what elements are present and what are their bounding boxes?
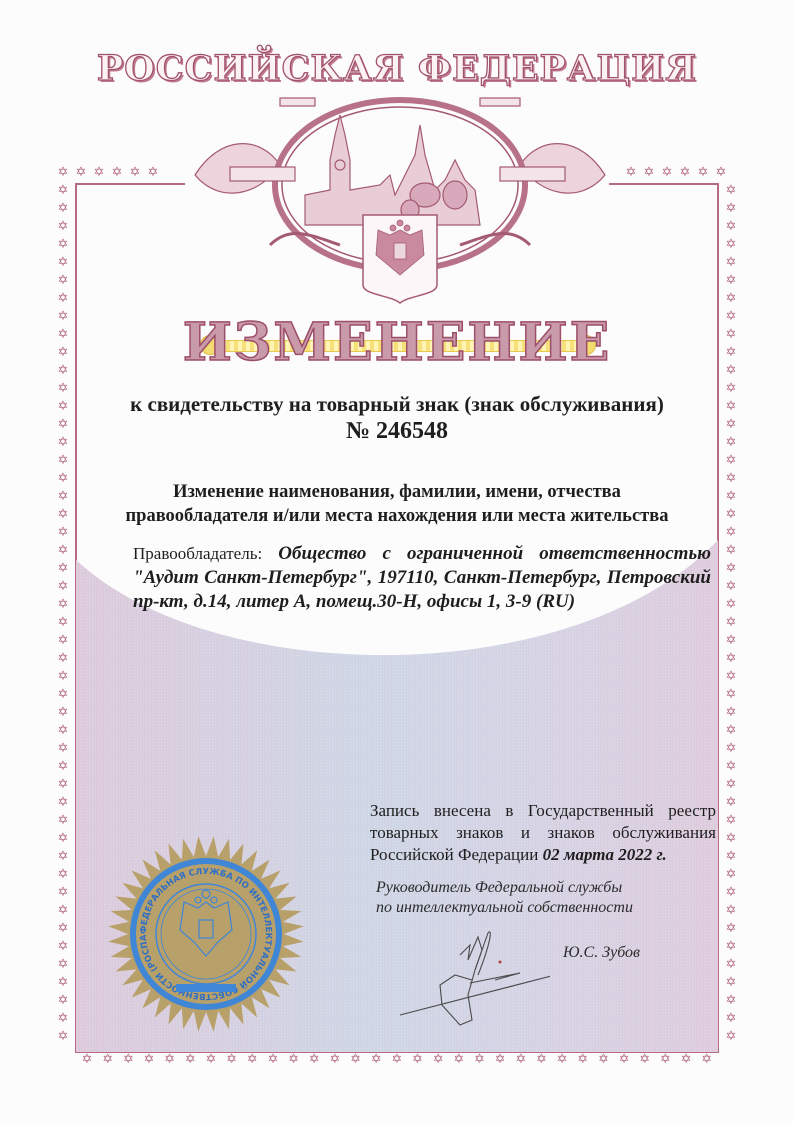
star-ornament-icon: ✡ xyxy=(724,562,738,576)
star-ornament-icon: ✡ xyxy=(56,922,70,936)
star-ornament-icon: ✡ xyxy=(287,1053,301,1067)
star-ornament-icon: ✡ xyxy=(56,994,70,1008)
star-ornament-icon: ✡ xyxy=(493,1053,507,1067)
star-ornament-icon: ✡ xyxy=(534,1053,548,1067)
star-ornament-icon: ✡ xyxy=(724,976,738,990)
star-ornament-icon: ✡ xyxy=(56,580,70,594)
star-ornament-icon: ✡ xyxy=(617,1053,631,1067)
frame-line-top-left xyxy=(75,183,185,185)
star-ornament-icon: ✡ xyxy=(624,166,638,180)
star-ornament-icon: ✡ xyxy=(658,1053,672,1067)
star-ornament-icon: ✡ xyxy=(183,1053,197,1067)
star-ornament-icon: ✡ xyxy=(56,598,70,612)
star-ornament-icon: ✡ xyxy=(101,1053,115,1067)
star-ornament-icon: ✡ xyxy=(121,1053,135,1067)
rights-holder: Правообладатель: Общество с ограниченной… xyxy=(133,542,711,614)
ornament-border-bottom: ✡✡✡✡✡✡✡✡✡✡✡✡✡✡✡✡✡✡✡✡✡✡✡✡✡✡✡✡✡✡✡ xyxy=(80,1053,714,1067)
star-ornament-icon: ✡ xyxy=(679,1053,693,1067)
change-type-line1: Изменение наименования, фамилии, имени, … xyxy=(110,480,684,504)
star-ornament-icon: ✡ xyxy=(724,922,738,936)
star-ornament-icon: ✡ xyxy=(724,994,738,1008)
star-ornament-icon: ✡ xyxy=(696,166,710,180)
star-ornament-icon: ✡ xyxy=(56,796,70,810)
star-ornament-icon: ✡ xyxy=(204,1053,218,1067)
star-ornament-icon: ✡ xyxy=(638,1053,652,1067)
star-ornament-icon: ✡ xyxy=(266,1053,280,1067)
star-ornament-icon: ✡ xyxy=(56,904,70,918)
star-ornament-icon: ✡ xyxy=(724,292,738,306)
document-subtitle: к свидетельству на товарный знак (знак о… xyxy=(0,392,794,417)
star-ornament-icon: ✡ xyxy=(724,544,738,558)
star-ornament-icon: ✡ xyxy=(56,562,70,576)
star-ornament-icon: ✡ xyxy=(245,1053,259,1067)
star-ornament-icon: ✡ xyxy=(555,1053,569,1067)
star-ornament-icon: ✡ xyxy=(724,688,738,702)
country-heading: РОССИЙСКАЯ ФЕДЕРАЦИЯ xyxy=(0,48,794,89)
signature-icon xyxy=(360,925,550,1035)
star-ornament-icon: ✡ xyxy=(514,1053,528,1067)
star-ornament-icon: ✡ xyxy=(724,202,738,216)
star-ornament-icon: ✡ xyxy=(452,1053,466,1067)
star-ornament-icon: ✡ xyxy=(390,1053,404,1067)
star-ornament-icon: ✡ xyxy=(724,616,738,630)
star-ornament-icon: ✡ xyxy=(56,238,70,252)
star-ornament-icon: ✡ xyxy=(56,688,70,702)
star-ornament-icon: ✡ xyxy=(56,634,70,648)
star-ornament-icon: ✡ xyxy=(642,166,656,180)
star-ornament-icon: ✡ xyxy=(146,166,160,180)
star-ornament-icon: ✡ xyxy=(724,850,738,864)
star-ornament-icon: ✡ xyxy=(56,958,70,972)
frame-line-top-right xyxy=(609,183,719,185)
star-ornament-icon: ✡ xyxy=(724,814,738,828)
star-ornament-icon: ✡ xyxy=(724,940,738,954)
star-ornament-icon: ✡ xyxy=(56,202,70,216)
star-ornament-icon: ✡ xyxy=(724,634,738,648)
star-ornament-icon: ✡ xyxy=(724,724,738,738)
official-position-line1: Руководитель Федеральной службы xyxy=(376,878,633,898)
star-ornament-icon: ✡ xyxy=(724,904,738,918)
star-ornament-icon: ✡ xyxy=(724,220,738,234)
change-type: Изменение наименования, фамилии, имени, … xyxy=(110,480,684,528)
star-ornament-icon: ✡ xyxy=(724,274,738,288)
star-ornament-icon: ✡ xyxy=(724,454,738,468)
star-ornament-icon: ✡ xyxy=(724,742,738,756)
official-position-line2: по интеллектуальной собственности xyxy=(376,898,633,918)
star-ornament-icon: ✡ xyxy=(80,1053,94,1067)
ornament-border-top-left: ✡ ✡ ✡ ✡ ✡ ✡ xyxy=(56,166,160,180)
star-ornament-icon: ✡ xyxy=(724,580,738,594)
rights-holder-label: Правообладатель: xyxy=(133,544,262,563)
star-ornament-icon: ✡ xyxy=(56,760,70,774)
star-ornament-icon: ✡ xyxy=(56,292,70,306)
star-ornament-icon: ✡ xyxy=(411,1053,425,1067)
star-ornament-icon: ✡ xyxy=(576,1053,590,1067)
registry-date: 02 марта 2022 г. xyxy=(543,845,667,864)
star-ornament-icon: ✡ xyxy=(714,166,728,180)
star-ornament-icon: ✡ xyxy=(369,1053,383,1067)
star-ornament-icon: ✡ xyxy=(56,886,70,900)
star-ornament-icon: ✡ xyxy=(724,670,738,684)
star-ornament-icon: ✡ xyxy=(56,472,70,486)
star-ornament-icon: ✡ xyxy=(431,1053,445,1067)
star-ornament-icon: ✡ xyxy=(56,868,70,882)
star-ornament-icon: ✡ xyxy=(724,256,738,270)
star-ornament-icon: ✡ xyxy=(56,1030,70,1044)
star-ornament-icon: ✡ xyxy=(163,1053,177,1067)
signer-name: Ю.С. Зубов xyxy=(563,944,640,962)
star-ornament-icon: ✡ xyxy=(56,256,70,270)
star-ornament-icon: ✡ xyxy=(56,814,70,828)
star-ornament-icon: ✡ xyxy=(56,742,70,756)
star-ornament-icon: ✡ xyxy=(724,778,738,792)
star-ornament-icon: ✡ xyxy=(56,778,70,792)
star-ornament-icon: ✡ xyxy=(92,166,106,180)
document-title: ИЗМЕНЕНИЕ xyxy=(0,312,794,373)
star-ornament-icon: ✡ xyxy=(142,1053,156,1067)
star-ornament-icon: ✡ xyxy=(349,1053,363,1067)
star-ornament-icon: ✡ xyxy=(724,598,738,612)
star-ornament-icon: ✡ xyxy=(56,220,70,234)
star-ornament-icon: ✡ xyxy=(700,1053,714,1067)
star-ornament-icon: ✡ xyxy=(724,868,738,882)
kremlin-wreath-emblem xyxy=(180,95,620,305)
star-ornament-icon: ✡ xyxy=(56,652,70,666)
star-ornament-icon: ✡ xyxy=(724,1030,738,1044)
star-ornament-icon: ✡ xyxy=(724,886,738,900)
star-ornament-icon: ✡ xyxy=(724,526,738,540)
star-ornament-icon: ✡ xyxy=(128,166,142,180)
official-seal: ФЕДЕРАЛЬНАЯ СЛУЖБА ПО ИНТЕЛЛЕКТУАЛЬНОЙ С… xyxy=(106,834,306,1034)
star-ornament-icon: ✡ xyxy=(724,1012,738,1026)
star-ornament-icon: ✡ xyxy=(328,1053,342,1067)
star-ornament-icon: ✡ xyxy=(56,724,70,738)
star-ornament-icon: ✡ xyxy=(596,1053,610,1067)
star-ornament-icon: ✡ xyxy=(724,508,738,522)
star-ornament-icon: ✡ xyxy=(56,544,70,558)
star-ornament-icon: ✡ xyxy=(56,940,70,954)
star-ornament-icon: ✡ xyxy=(56,706,70,720)
star-ornament-icon: ✡ xyxy=(724,958,738,972)
star-ornament-icon: ✡ xyxy=(56,274,70,288)
star-ornament-icon: ✡ xyxy=(724,832,738,846)
star-ornament-icon: ✡ xyxy=(56,490,70,504)
star-ornament-icon: ✡ xyxy=(724,706,738,720)
star-ornament-icon: ✡ xyxy=(724,472,738,486)
star-ornament-icon: ✡ xyxy=(660,166,674,180)
star-ornament-icon: ✡ xyxy=(724,652,738,666)
star-ornament-icon: ✡ xyxy=(56,850,70,864)
change-type-line2: правообладателя и/или места нахождения и… xyxy=(110,504,684,528)
star-ornament-icon: ✡ xyxy=(472,1053,486,1067)
star-ornament-icon: ✡ xyxy=(56,454,70,468)
star-ornament-icon: ✡ xyxy=(56,184,70,198)
star-ornament-icon: ✡ xyxy=(56,832,70,846)
star-ornament-icon: ✡ xyxy=(724,238,738,252)
star-ornament-icon: ✡ xyxy=(56,166,70,180)
star-ornament-icon: ✡ xyxy=(724,796,738,810)
star-ornament-icon: ✡ xyxy=(225,1053,239,1067)
star-ornament-icon: ✡ xyxy=(724,760,738,774)
star-ornament-icon: ✡ xyxy=(56,670,70,684)
star-ornament-icon: ✡ xyxy=(724,490,738,504)
star-ornament-icon: ✡ xyxy=(74,166,88,180)
star-ornament-icon: ✡ xyxy=(56,526,70,540)
star-ornament-icon: ✡ xyxy=(56,1012,70,1026)
star-ornament-icon: ✡ xyxy=(56,616,70,630)
star-ornament-icon: ✡ xyxy=(678,166,692,180)
star-ornament-icon: ✡ xyxy=(56,508,70,522)
ornament-border-top-right: ✡ ✡ ✡ ✡ ✡ ✡ xyxy=(624,166,728,180)
registry-entry: Запись внесена в Государственный реестр … xyxy=(370,800,716,866)
star-ornament-icon: ✡ xyxy=(56,976,70,990)
star-ornament-icon: ✡ xyxy=(724,184,738,198)
official-position: Руководитель Федеральной службы по интел… xyxy=(376,878,633,918)
certificate-number: № 246548 xyxy=(0,418,794,445)
star-ornament-icon: ✡ xyxy=(307,1053,321,1067)
star-ornament-icon: ✡ xyxy=(110,166,124,180)
